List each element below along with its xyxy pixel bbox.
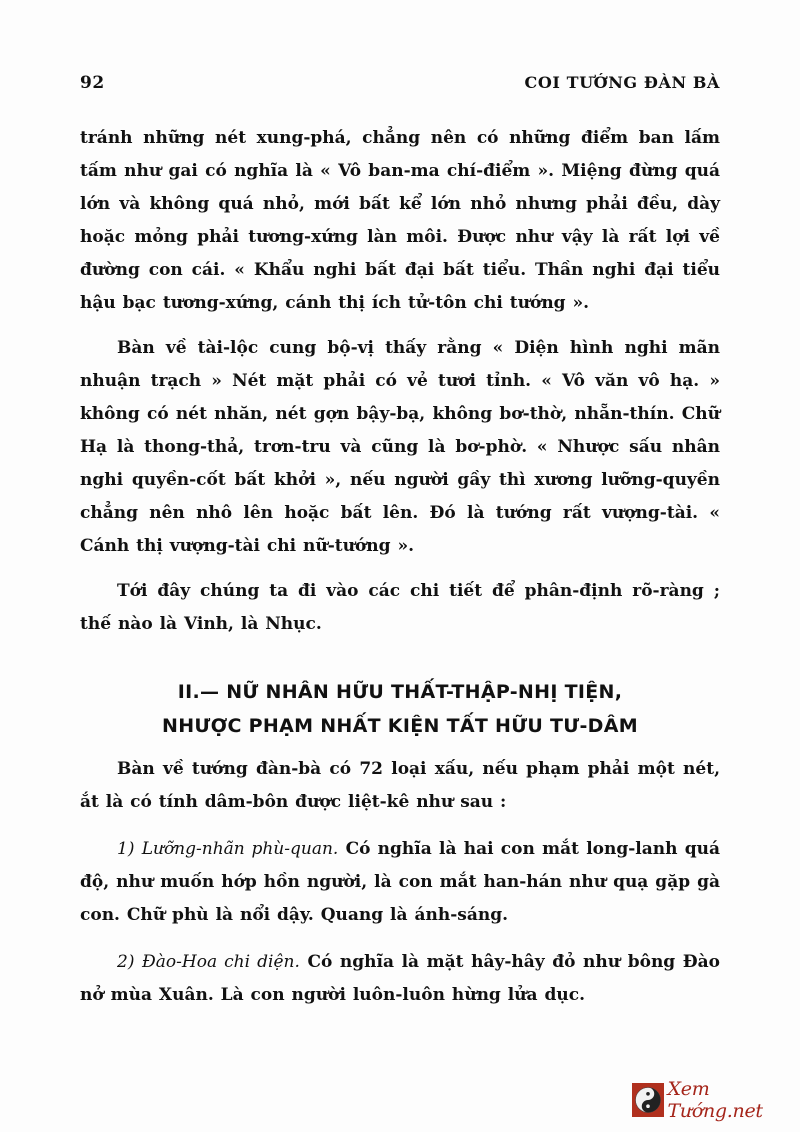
list-item: 1) Lưỡng-nhãn phù-quan. Có nghĩa là hai … (80, 833, 720, 932)
item-term: Lưỡng-nhãn phù-quan. (142, 839, 339, 859)
site-watermark: Xem Tướng.net (632, 1078, 800, 1122)
running-header: 92 COI TƯỚNG ĐÀN BÀ (80, 73, 720, 93)
paragraph-wealth: Bàn về tài-lộc cung bộ-vị thấy rằng « Di… (80, 332, 720, 563)
section-intro: Bàn về tướng đàn-bà có 72 loại xấu, nếu … (80, 753, 720, 819)
page-number: 92 (80, 73, 105, 93)
section-heading-line-2: NHƯỢC PHẠM NHẤT KIỆN TẤT HỮU TƯ-DÂM (162, 715, 638, 737)
paragraph-continued: tránh những nét xung-phá, chẳng nên có n… (80, 122, 720, 320)
paragraph-transition: Tới đây chúng ta đi vào các chi tiết để … (80, 575, 720, 641)
book-title: COI TƯỚNG ĐÀN BÀ (524, 73, 720, 92)
book-page: 92 COI TƯỚNG ĐÀN BÀ tránh những nét xung… (0, 0, 800, 1132)
section-heading: II.— NỮ NHÂN HỮU THẤT-THẬP-NHỊ TIỆN, NHƯ… (80, 641, 720, 753)
body-text: tránh những nét xung-phá, chẳng nên có n… (80, 122, 720, 1012)
watermark-text: Xem Tướng.net (668, 1078, 800, 1122)
list-item: 2) Đào-Hoa chi diện. Có nghĩa là mặt hây… (80, 946, 720, 1012)
yin-yang-icon (632, 1083, 664, 1117)
item-number: 1) (117, 839, 134, 859)
section-heading-line-1: II.— NỮ NHÂN HỮU THẤT-THẬP-NHỊ TIỆN, (178, 681, 623, 703)
item-number: 2) (117, 952, 134, 972)
item-term: Đào-Hoa chi diện. (142, 952, 300, 972)
